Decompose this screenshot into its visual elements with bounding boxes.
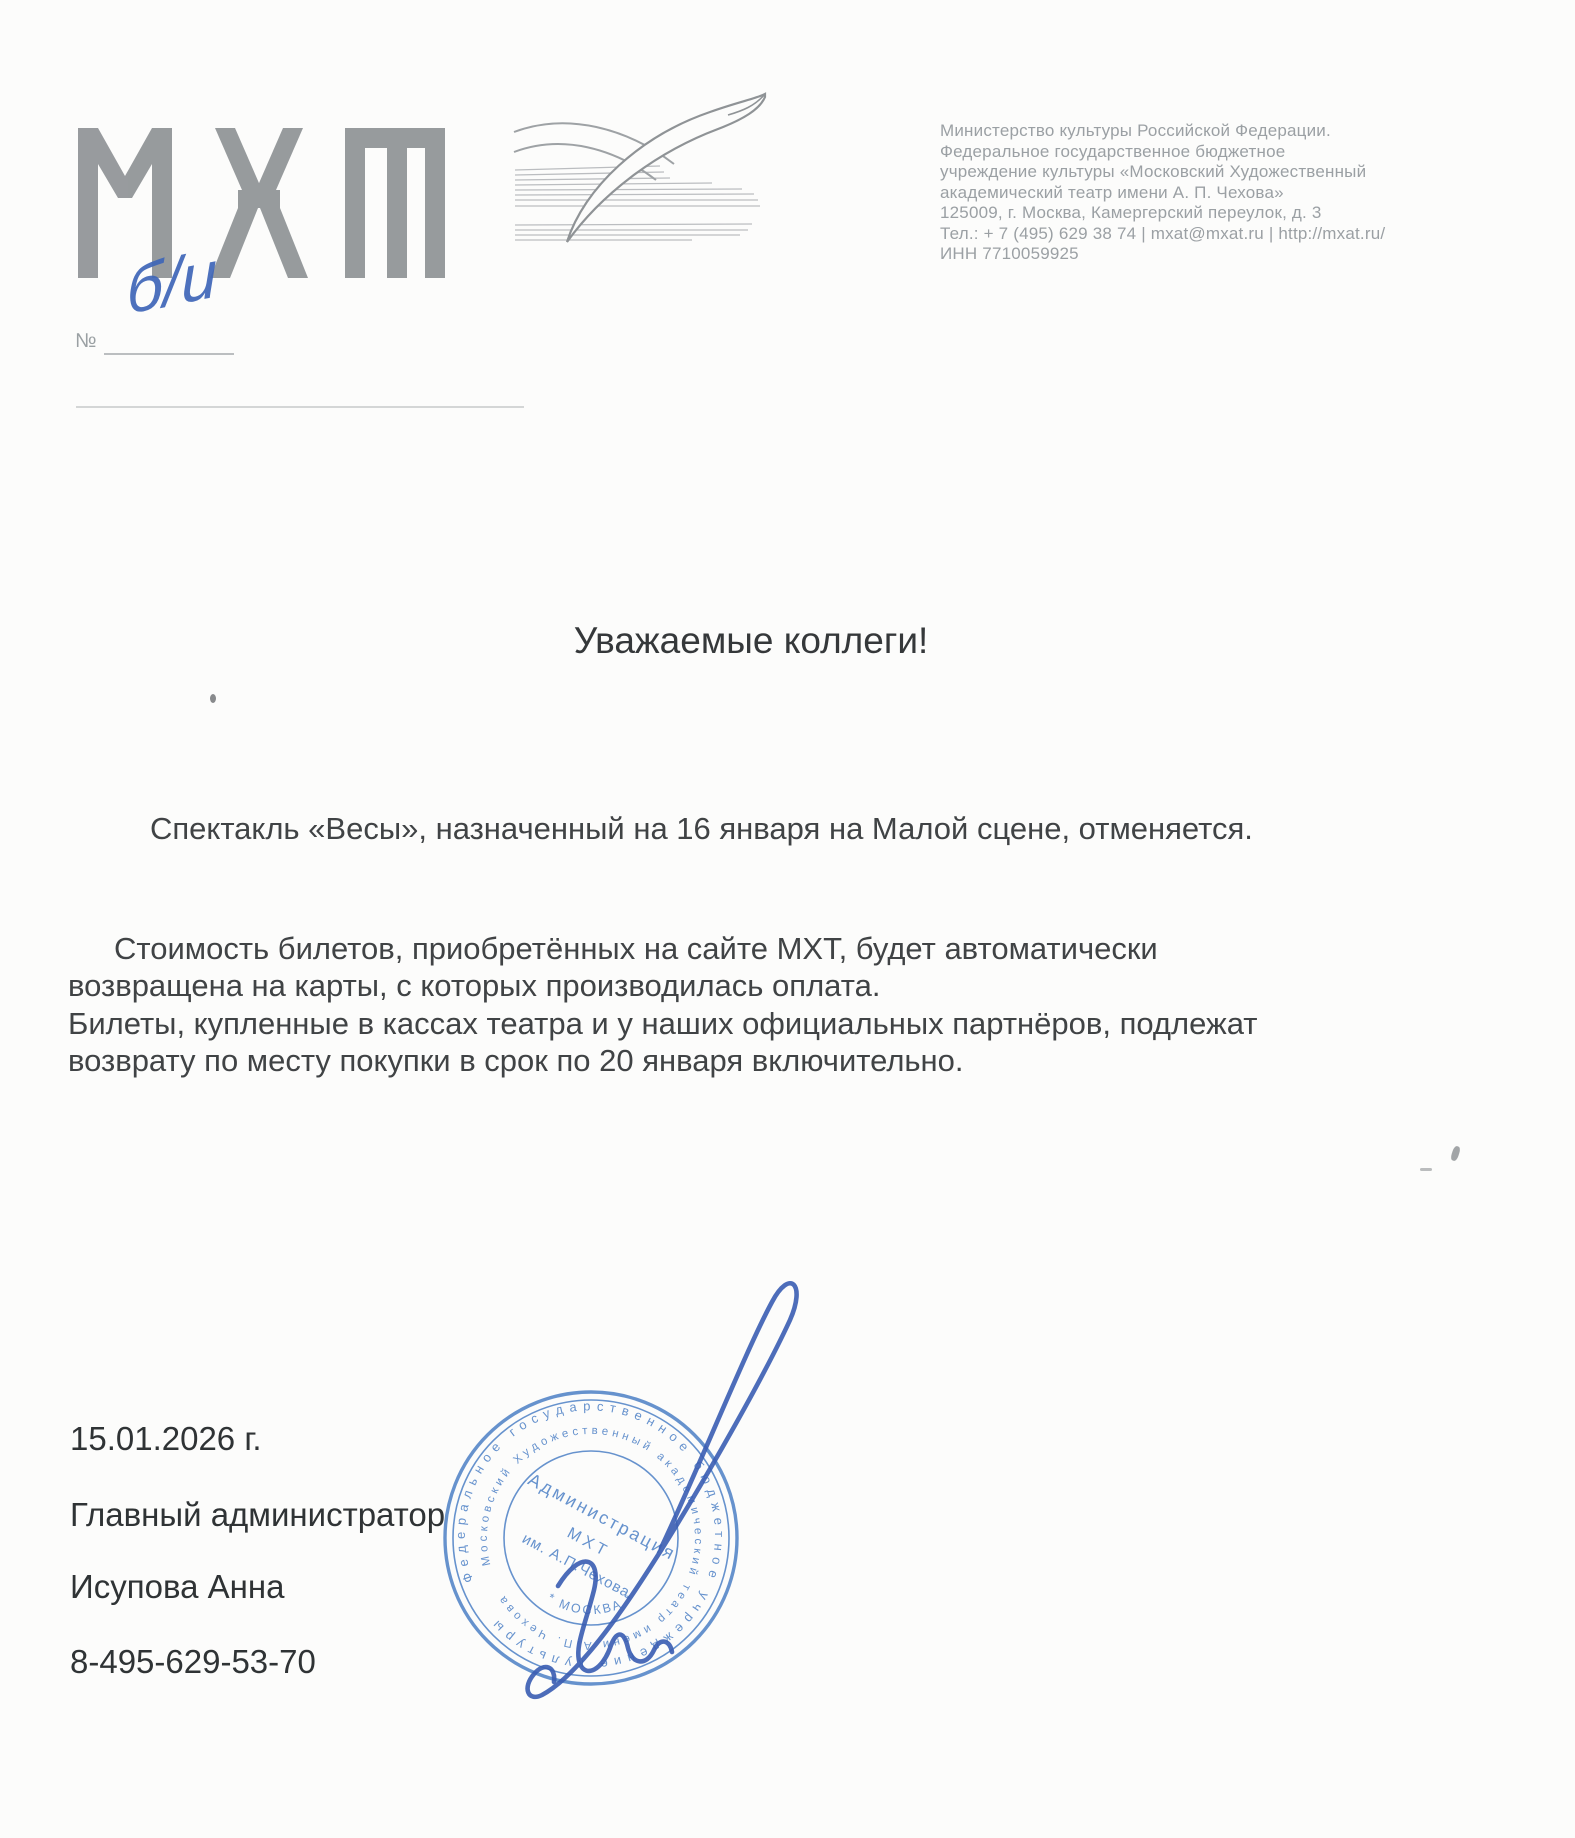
body-line: Стоимость билетов, приобретённых на сайт… [68,930,1548,968]
scan-speck [210,694,216,703]
ruled-line [76,406,524,408]
scan-speck [1420,1168,1432,1171]
letterhead-line: Министерство культуры Российской Федерац… [940,121,1420,142]
salutation: Уважаемые коллеги! [0,620,1502,662]
letterhead-line: ИНН 7710059925 [940,244,1420,265]
letter-body: Спектакль «Весы», назначенный на 16 янва… [68,810,1548,1080]
body-line: Спектакль «Весы», назначенный на 16 янва… [68,810,1548,848]
body-line: возвращена на карты, с которых производи… [68,967,1548,1005]
letterhead-block: Министерство культуры Российской Федерац… [940,121,1420,265]
number-underline [104,353,234,355]
body-line: возврату по месту покупки в срок по 20 я… [68,1042,1548,1080]
letterhead-line: Тел.: + 7 (495) 629 38 74 | mxat@mxat.ru… [940,224,1420,245]
letterhead-line: 125009, г. Москва, Камергерский переулок… [940,203,1420,224]
letterhead-line: академический театр имени А. П. Чехова» [940,183,1420,204]
letter-date: 15.01.2026 г. [70,1420,262,1458]
body-line: Билеты, купленные в кассах театра и у на… [68,1005,1548,1043]
scan-speck [1450,1145,1461,1161]
seagull-logo [512,90,767,245]
letterhead-line: Федеральное государственное бюджетное [940,142,1420,163]
number-label: № [75,330,96,353]
letterhead-line: учреждение культуры «Московский Художест… [940,162,1420,183]
signer-phone: 8-495-629-53-70 [70,1643,316,1681]
signer-role: Главный администратор [70,1496,445,1534]
letter-page: Министерство культуры Российской Федерац… [0,0,1575,1838]
handwritten-number: б/и [126,234,218,329]
signer-name: Исупова Анна [70,1568,284,1606]
signature-scribble [430,1250,800,1710]
